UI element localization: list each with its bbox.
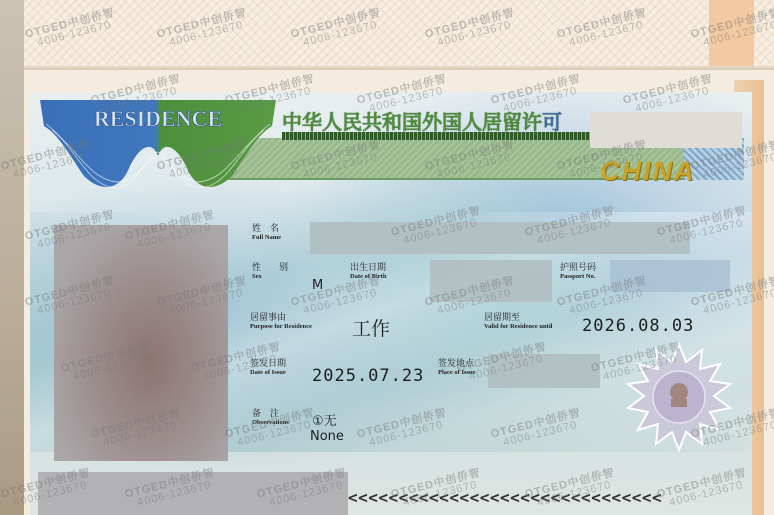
redacted-passport-no bbox=[610, 260, 730, 292]
guilloche-emblem-icon: RESIDENCE bbox=[36, 96, 280, 200]
sex-label: 性 别 Sex bbox=[252, 264, 288, 281]
country-label: CHINA bbox=[600, 156, 696, 187]
permit-title-cn: 中华人民共和国外国人居留许可 bbox=[282, 106, 562, 135]
machine-readable-zone: <<<<<<<<<<<<<<<<<<<<<<<<<<<<<<< bbox=[348, 488, 662, 507]
date-of-issue-value: 2025.07.23 bbox=[312, 366, 424, 386]
passport-upper-page bbox=[24, 0, 774, 70]
sex-value: M bbox=[312, 278, 323, 293]
redacted-date-of-birth bbox=[430, 260, 552, 302]
observations-label: 备 注 Observations bbox=[252, 410, 289, 427]
observations-value-en: None bbox=[310, 429, 344, 444]
place-of-issue-label: 签发地点 Place of Issue bbox=[438, 360, 476, 377]
seal-icon bbox=[624, 342, 734, 452]
redacted-full-name bbox=[310, 222, 690, 254]
valid-until-value: 2026.08.03 bbox=[582, 316, 694, 336]
residence-permit: RESIDENCE 中华人民共和国外国人居留许可 CHINA 姓 名 Full … bbox=[30, 92, 752, 515]
purpose-label: 居留事由 Purpose for Residence bbox=[250, 314, 312, 331]
passport-no-label: 护照号码 Passport No. bbox=[560, 264, 596, 281]
redacted-place-of-issue bbox=[488, 354, 600, 388]
redacted-bottom-line bbox=[38, 472, 348, 515]
redacted-number bbox=[590, 112, 742, 148]
date-of-issue-label: 签发日期 Date of Issue bbox=[250, 360, 286, 377]
residence-emblem: RESIDENCE bbox=[36, 96, 280, 200]
svg-text:RESIDENCE: RESIDENCE bbox=[94, 106, 222, 131]
redacted-photo bbox=[54, 225, 228, 461]
purpose-value: 工作 bbox=[352, 314, 390, 341]
date-of-birth-label: 出生日期 Date of Birth bbox=[350, 264, 386, 281]
national-emblem-seal bbox=[624, 342, 734, 452]
full-name-label: 姓 名 Full Name bbox=[252, 225, 281, 242]
observations-value-cn: ①无 bbox=[312, 410, 337, 429]
valid-until-label: 居留期至 Valid for Residence until bbox=[484, 314, 552, 331]
page-edge bbox=[709, 0, 754, 70]
